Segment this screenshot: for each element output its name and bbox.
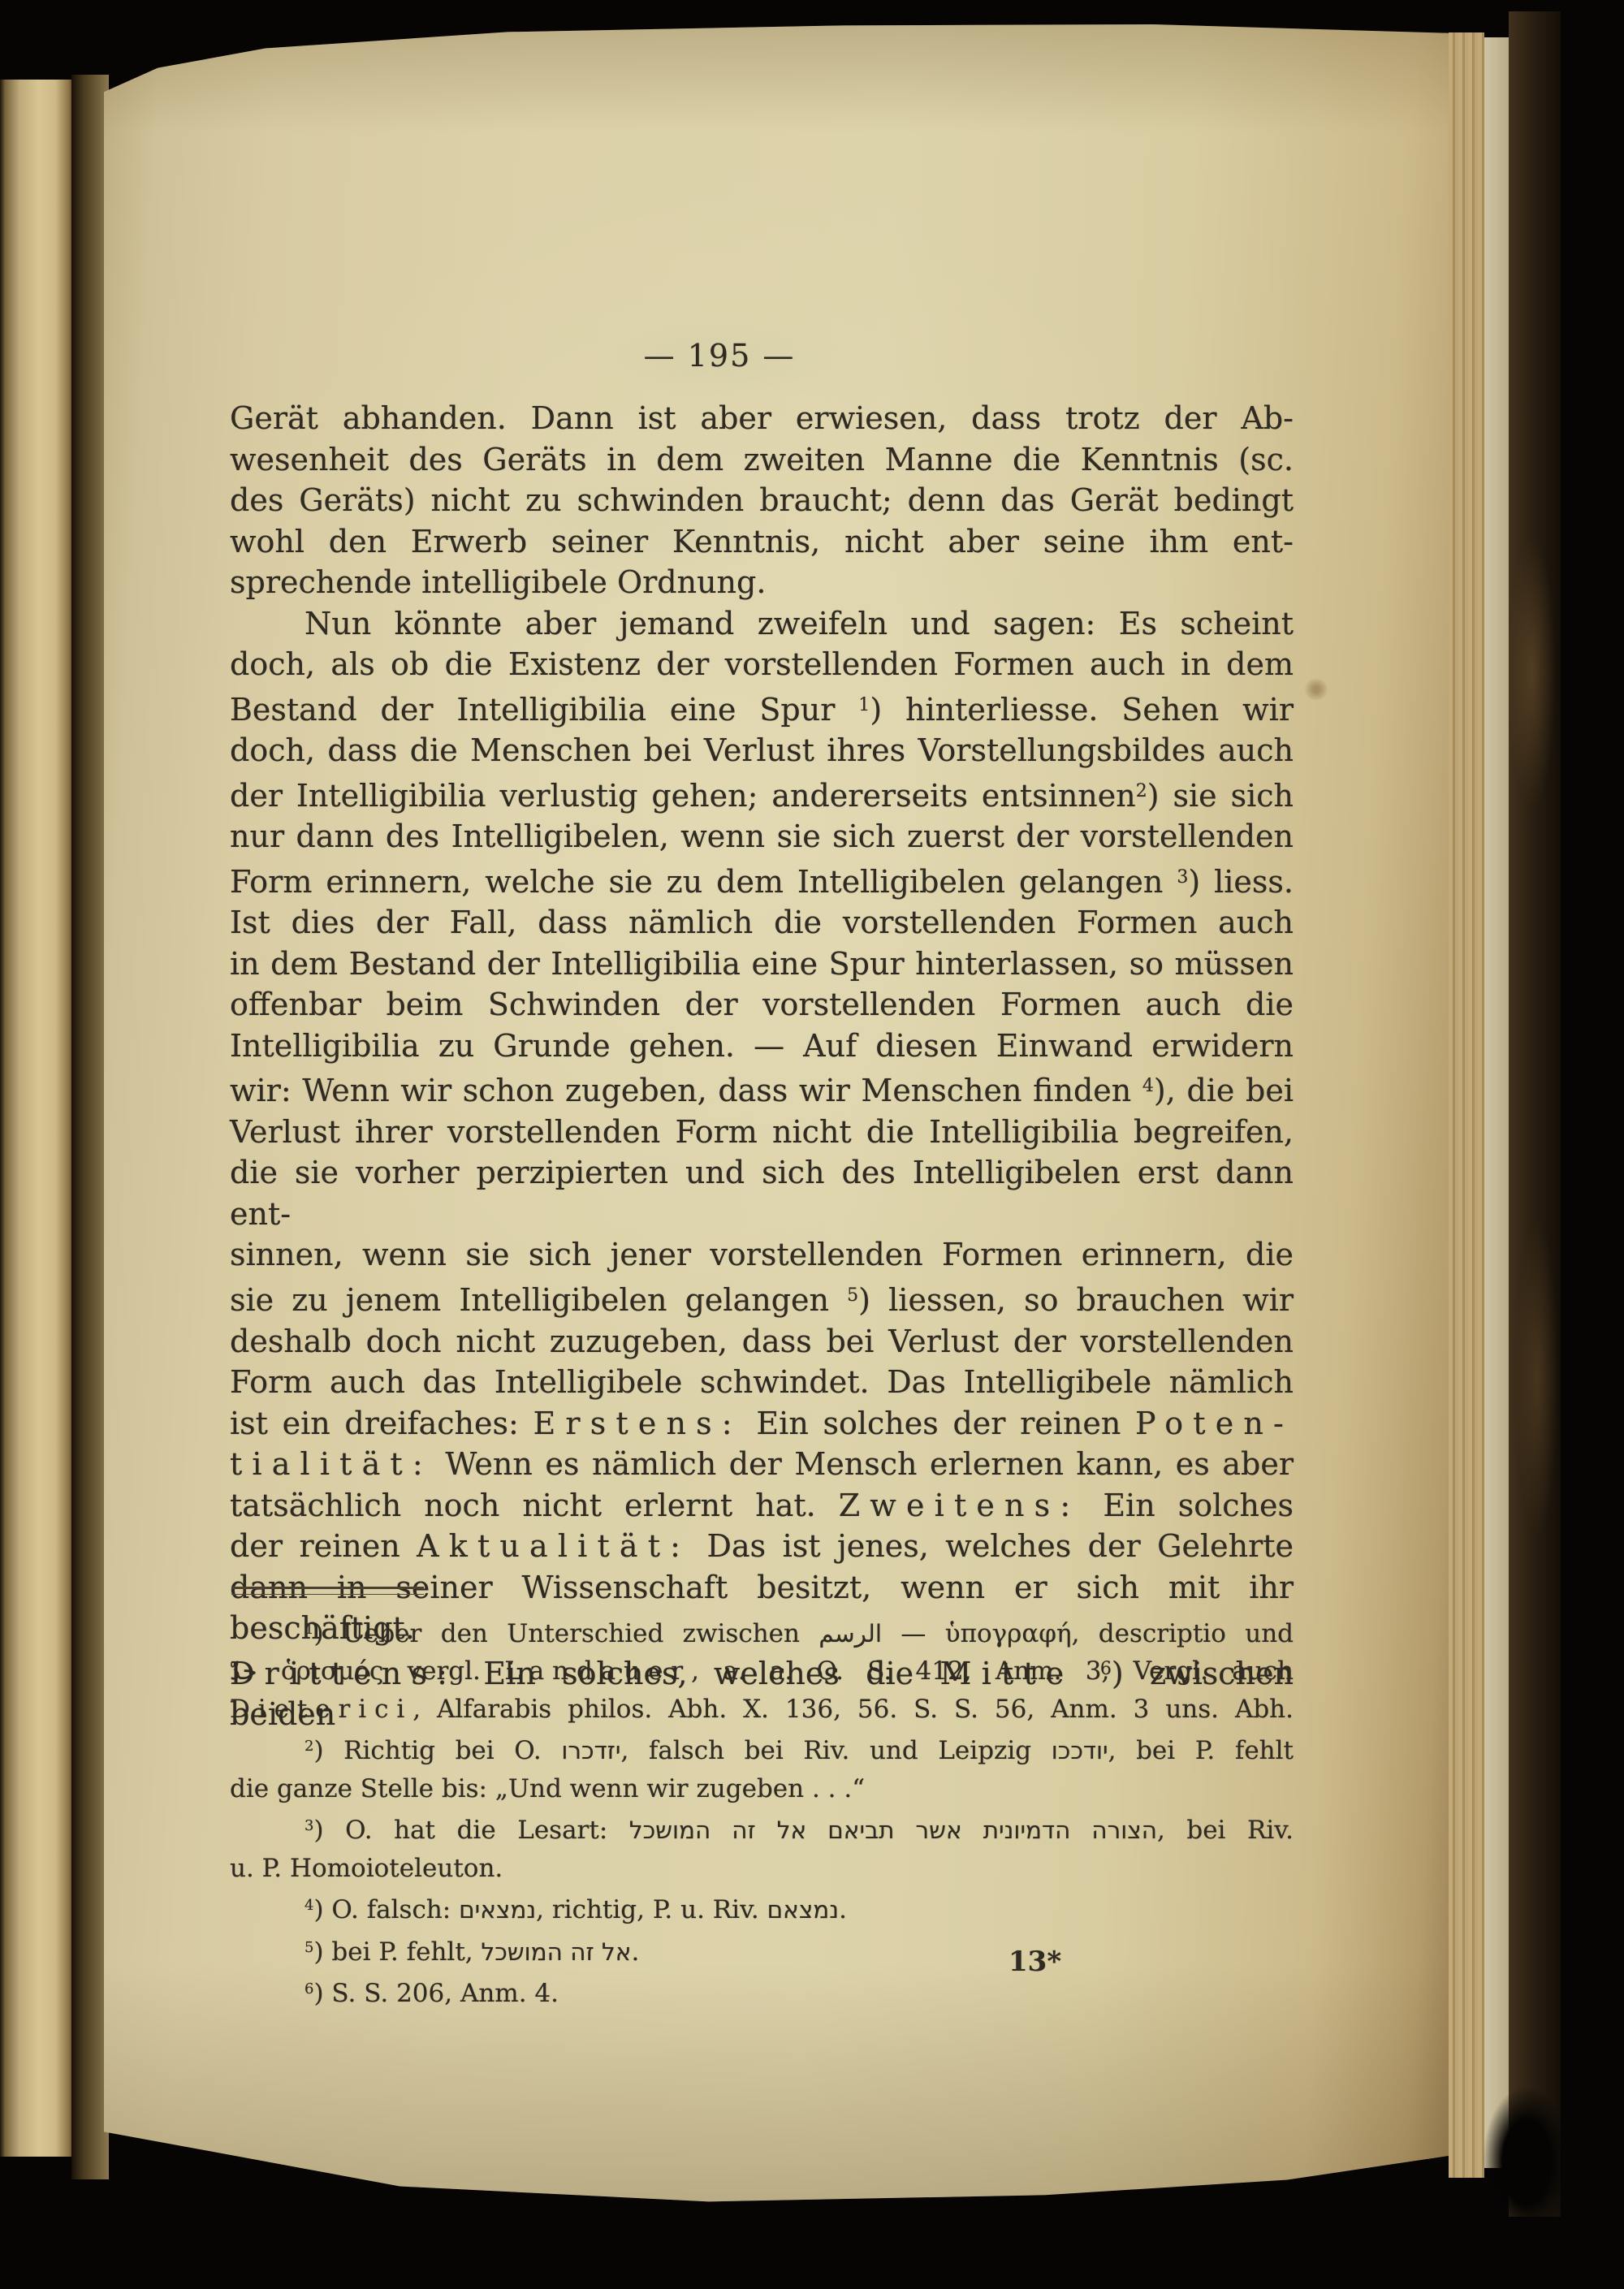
hebrew-text: נמצאים xyxy=(459,1896,536,1924)
text: , a. a. O. S. 412, Anm. 3, Vergl. auch xyxy=(691,1656,1294,1686)
text: , bei P. fehlt xyxy=(1108,1736,1294,1765)
footnote-ref: 2 xyxy=(1136,781,1147,801)
body-line: Ist dies der Fall, dass nämlich die vors… xyxy=(230,902,1294,944)
body-line: sie zu jenem Intelligibelen gelangen 5) … xyxy=(230,1276,1294,1321)
text: , bei Riv. xyxy=(1157,1816,1294,1845)
text: offenbar beim Schwinden der vorstellende… xyxy=(230,987,1294,1022)
footnote-ref: 2 xyxy=(304,1738,313,1755)
body-line: Form auch das Intelligibele schwindet. D… xyxy=(230,1362,1294,1403)
hebrew-text: יודככו xyxy=(1052,1737,1108,1764)
body-line: wesenheit des Geräts in dem zweiten Mann… xyxy=(230,439,1294,481)
footnote-line: 3) O. hat die Lesart: הצורה הדמיונית אשר… xyxy=(230,1807,1294,1849)
inner-board-edge xyxy=(1484,37,1509,2168)
footnote-line: 4) O. falsch: נמצאים, richtig, P. u. Riv… xyxy=(230,1887,1294,1928)
body-line: Nun könnte aber jemand zweifeln und sage… xyxy=(230,603,1294,645)
text: . xyxy=(631,1937,639,1966)
signature-mark: 13* xyxy=(1009,1946,1061,1978)
letterspaced-text: tialität: xyxy=(230,1446,433,1482)
footnote-separator xyxy=(231,1587,424,1595)
body-line: Intelligibilia zu Grunde gehen. — Auf di… xyxy=(230,1026,1294,1067)
text: Form erinnern, welche sie zu dem Intelli… xyxy=(230,864,1177,900)
text: in dem Bestand der Intelligibilia eine S… xyxy=(230,946,1294,982)
text: . xyxy=(839,1895,847,1924)
paper-stain xyxy=(1304,679,1328,700)
text: die ganze Stelle bis: „Und wenn wir zuge… xyxy=(230,1774,865,1803)
text: ὁρισμός vergl. xyxy=(257,1656,505,1686)
text: Ein solches xyxy=(1080,1488,1294,1523)
text: ) O. hat die Lesart: xyxy=(313,1816,628,1845)
body-line: Form erinnern, welche sie zu dem Intelli… xyxy=(230,857,1294,903)
letterspaced-text: Poten- xyxy=(1135,1406,1294,1441)
text: — ὑπογραφή, descriptio und xyxy=(882,1619,1294,1648)
body-line: Verlust ihrer vorstellenden Form nicht d… xyxy=(230,1112,1294,1153)
body-line: tialität: Wenn es nämlich der Mensch erl… xyxy=(230,1444,1294,1485)
body-line: tatsächlich noch nicht erlernt hat. Zwei… xyxy=(230,1485,1294,1527)
body-line: doch, als ob die Existenz der vorstellen… xyxy=(230,644,1294,685)
text: ) O. falsch: xyxy=(313,1895,459,1924)
hebrew-text: הצורה הדמיונית אשר תביאם אל זה המושכל xyxy=(629,1816,1157,1844)
footnote-line: die ganze Stelle bis: „Und wenn wir zuge… xyxy=(230,1770,1294,1808)
footnote-line: 5) bei P. fehlt, אל זה המושכל. xyxy=(230,1929,1294,1971)
body-line: sprechende intelligibele Ordnung. xyxy=(230,562,1294,603)
text: ) bei P. fehlt, xyxy=(313,1937,481,1966)
footnote-ref: 5 xyxy=(304,1939,313,1956)
text: doch, dass die Menschen bei Verlust ihre… xyxy=(230,732,1294,768)
text: Form auch das Intelligibele schwindet. D… xyxy=(230,1364,1294,1400)
footnote-ref: 1 xyxy=(858,695,870,715)
hebrew-text: אל זה המושכל xyxy=(482,1937,632,1965)
letterspaced-text: Dieterici xyxy=(230,1695,412,1724)
text: ) hinterliesse. Sehen wir xyxy=(870,692,1294,728)
text: ) Richtig bei O. xyxy=(313,1736,561,1765)
text: ) Ueber den Unterschied zwischen xyxy=(313,1619,818,1648)
text: wesenheit des Geräts in dem zweiten Mann… xyxy=(230,442,1294,477)
page-number: — 195 — xyxy=(188,338,1251,374)
text: die sie vorher perzipierten und sich des… xyxy=(230,1155,1294,1232)
text: , Alfarabis philos. Abh. X. 136, 56. S. … xyxy=(412,1695,1294,1724)
opposite-page-edge xyxy=(0,80,75,2157)
letterspaced-text: Erstens: xyxy=(533,1406,742,1441)
page-edge-stripes xyxy=(1449,32,1484,2178)
text: ) liessen, so brauchen wir xyxy=(858,1282,1294,1318)
body-line: ist ein dreifaches: Erstens: Ein solches… xyxy=(230,1403,1294,1445)
text: des Geräts) nicht zu schwinden braucht; … xyxy=(230,482,1294,518)
footnote-ref: 4 xyxy=(304,1897,313,1914)
letterspaced-text: Zweitens: xyxy=(839,1488,1081,1523)
body-line: des Geräts) nicht zu schwinden braucht; … xyxy=(230,480,1294,521)
text: tatsächlich noch nicht erlernt hat. xyxy=(230,1488,839,1523)
text: ) S. S. 206, Anm. 4. xyxy=(313,1979,559,2008)
footnote-ref: 3 xyxy=(1177,867,1188,888)
text: Bestand der Intelligibilia eine Spur xyxy=(230,692,858,728)
scanned-book-photo: — 195 — Gerät abhanden. Dann ist aber er… xyxy=(0,0,1624,2289)
body-line: der Intelligibilia verlustig gehen; ande… xyxy=(230,771,1294,817)
hebrew-text: נמצאם xyxy=(767,1896,839,1924)
text: Nun könnte aber jemand zweifeln und sage… xyxy=(304,606,1294,641)
text: , richtig, P. u. Riv. xyxy=(536,1895,767,1924)
letterspaced-text: Aktualität: xyxy=(417,1528,690,1564)
footnote-ref: 4 xyxy=(1142,1076,1154,1096)
footnote-line: 2) Richtig bei O. יזדכרו, falsch bei Riv… xyxy=(230,1728,1294,1769)
arabic-text: الرسم xyxy=(818,1620,882,1648)
text: Das ist jenes, welches der Gelehrte xyxy=(690,1528,1294,1564)
text: ) sie sich xyxy=(1147,778,1294,814)
text: doch, als ob die Existenz der vorstellen… xyxy=(230,646,1294,682)
body-line: deshalb doch nicht zuzugeben, dass bei V… xyxy=(230,1321,1294,1363)
footnote-line: حدّ ὁρισμός vergl. Landauer, a. a. O. S.… xyxy=(230,1652,1294,1691)
text: Verlust ihrer vorstellenden Form nicht d… xyxy=(230,1114,1294,1150)
body-line: sinnen, wenn sie sich jener vorstellende… xyxy=(230,1234,1294,1276)
text: sie zu jenem Intelligibelen gelangen xyxy=(230,1282,847,1318)
text: sprechende intelligibele Ordnung. xyxy=(230,564,766,600)
footnote-line: u. P. Homoioteleuton. xyxy=(230,1850,1294,1888)
text: Intelligibilia zu Grunde gehen. — Auf di… xyxy=(230,1028,1294,1064)
arabic-text: حدّ xyxy=(230,1657,257,1685)
text: , falsch bei Riv. und Leipzig xyxy=(620,1736,1051,1765)
body-line: in dem Bestand der Intelligibilia eine S… xyxy=(230,944,1294,985)
text: der reinen xyxy=(230,1528,417,1564)
body-line: Bestand der Intelligibilia eine Spur 1) … xyxy=(230,685,1294,731)
text: Ein solches der reinen xyxy=(742,1406,1135,1441)
footnote-ref: 5 xyxy=(847,1285,858,1306)
text: u. P. Homoioteleuton. xyxy=(230,1854,503,1883)
footnote-ref: 3 xyxy=(304,1817,313,1834)
footnote-line: Dieterici, Alfarabis philos. Abh. X. 136… xyxy=(230,1691,1294,1729)
text: ) liess. xyxy=(1188,864,1294,900)
footnote-ref: 1 xyxy=(304,1621,313,1638)
footnotes: 1) Ueber den Unterschied zwischen الرسم … xyxy=(230,1611,1294,2012)
text: deshalb doch nicht zuzugeben, dass bei V… xyxy=(230,1324,1294,1359)
body-line: wir: Wenn wir schon zugeben, dass wir Me… xyxy=(230,1066,1294,1112)
text: wir: Wenn wir schon zugeben, dass wir Me… xyxy=(230,1073,1142,1108)
body-line: die sie vorher perzipierten und sich des… xyxy=(230,1152,1294,1234)
body-text: Gerät abhanden. Dann ist aber erwiesen, … xyxy=(230,398,1294,1735)
text: Wenn es nämlich der Mensch erlernen kann… xyxy=(433,1446,1294,1482)
text: nur dann des Intelligibelen, wenn sie si… xyxy=(230,818,1294,854)
text: ), die bei xyxy=(1154,1073,1294,1108)
text: wohl den Erwerb seiner Kenntnis, nicht a… xyxy=(230,524,1294,559)
body-line: wohl den Erwerb seiner Kenntnis, nicht a… xyxy=(230,521,1294,563)
text: Ist dies der Fall, dass nämlich die vors… xyxy=(230,905,1294,940)
footnote-ref: 6 xyxy=(304,1980,313,1997)
text: der Intelligibilia verlustig gehen; ande… xyxy=(230,778,1136,814)
footnote-line: 6) S. S. 206, Anm. 4. xyxy=(230,1971,1294,2012)
body-line: offenbar beim Schwinden der vorstellende… xyxy=(230,984,1294,1026)
body-line: nur dann des Intelligibelen, wenn sie si… xyxy=(230,816,1294,857)
body-line: Gerät abhanden. Dann ist aber erwiesen, … xyxy=(230,398,1294,439)
text: ist ein dreifaches: xyxy=(230,1406,533,1441)
body-line: der reinen Aktualität: Das ist jenes, we… xyxy=(230,1526,1294,1567)
hebrew-text: יזדכרו xyxy=(561,1737,620,1764)
gutter-shadow xyxy=(71,75,109,2179)
body-line: doch, dass die Menschen bei Verlust ihre… xyxy=(230,730,1294,771)
cover-corner-shadow xyxy=(1453,2046,1575,2257)
text: Gerät abhanden. Dann ist aber erwiesen, … xyxy=(230,400,1294,436)
book-cover-edge xyxy=(1509,11,1561,2217)
letterspaced-text: Landauer xyxy=(504,1656,691,1686)
footnote-line: 1) Ueber den Unterschied zwischen الرسم … xyxy=(230,1611,1294,1652)
text: sinnen, wenn sie sich jener vorstellende… xyxy=(230,1237,1294,1272)
